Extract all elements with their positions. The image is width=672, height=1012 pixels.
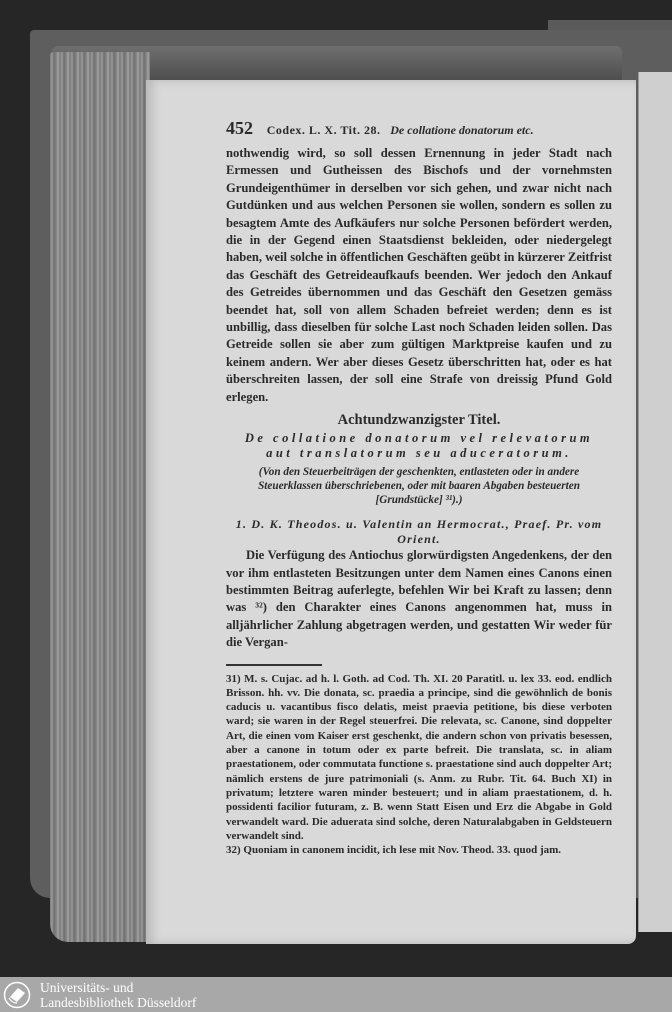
body-text: nothwendig wird, so soll dessen Ernennun… [226, 145, 612, 406]
footnotes: 31) M. s. Cujac. ad h. l. Goth. ad Cod. … [226, 672, 612, 858]
law-heading: 1. D. K. Theodos. u. Valentin an Hermocr… [226, 517, 612, 547]
running-title: De collatione donatorum etc. [390, 123, 533, 137]
footnote-31: 31) M. s. Cujac. ad h. l. Goth. ad Cod. … [226, 672, 612, 844]
institution-line2: Landesbibliothek Düsseldorf [40, 995, 196, 1010]
page-block-edges [50, 52, 150, 942]
book-logo-icon [3, 981, 31, 1009]
institution-name: Universitäts- und Landesbibliothek Düsse… [40, 980, 196, 1010]
law-body: Die Verfügung des Antiochus glorwürdigst… [226, 547, 612, 651]
footnote-32: 32) Quoniam in canonem incidit, ich lese… [226, 843, 612, 857]
body-paragraph: nothwendig wird, so soll dessen Ernennun… [226, 145, 612, 406]
german-subtitle: (Von den Steuerbeiträgen der geschenkten… [226, 465, 612, 507]
latin-title-line2: aut translatorum seu aduceratorum. [226, 446, 612, 461]
latin-title-line1: De collatione donatorum vel relevatorum [226, 431, 612, 446]
law-paragraph: Die Verfügung des Antiochus glorwürdigst… [226, 547, 612, 651]
institution-line1: Universitäts- und [40, 980, 196, 995]
title-heading: Achtundzwanzigster Titel. [226, 412, 612, 429]
page-number: 452 [226, 118, 253, 138]
section-reference: Codex. L. X. Tit. 28. [267, 123, 381, 137]
footnote-rule [226, 664, 322, 666]
page-text: 452 Codex. L. X. Tit. 28. De collatione … [226, 118, 612, 857]
running-head: 452 Codex. L. X. Tit. 28. De collatione … [226, 118, 612, 139]
facing-page-edge [638, 72, 672, 932]
